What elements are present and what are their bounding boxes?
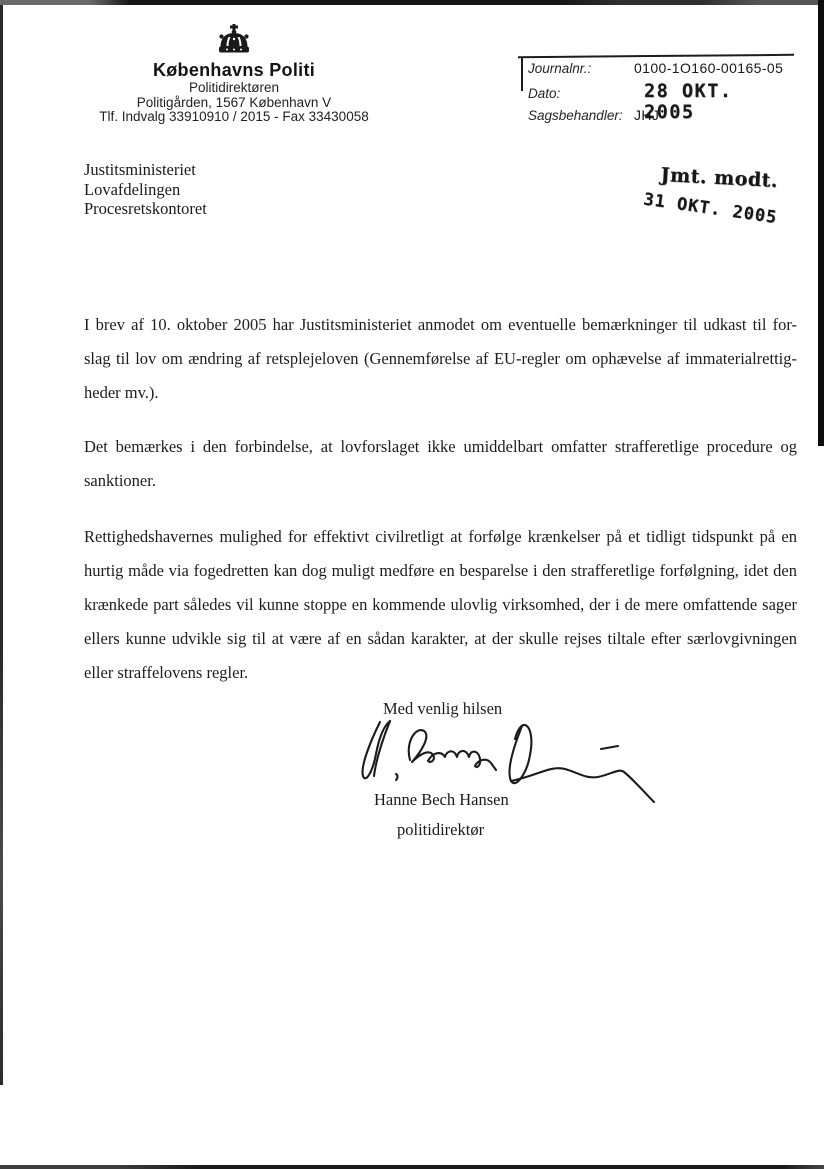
recipient-line: Procesretskontoret [84, 199, 207, 219]
body-line: I brev af 10. oktober 2005 har Justitsmi… [84, 308, 797, 342]
org-address: Politigården, 1567 København V [48, 96, 420, 111]
scanned-letter-page: Københavns Politi Politidirektøren Polit… [0, 0, 824, 1169]
scan-edge-left [0, 5, 3, 1085]
journal-number-row: Journalnr.: 0100-1O160-00165-05 [528, 60, 794, 82]
recipient-line: Justitsministeriet [84, 160, 207, 180]
royal-crown-icon [215, 24, 253, 58]
date-label: Dato: [528, 86, 634, 101]
org-department: Politidirektøren [48, 81, 420, 96]
body-line: hurtig måde via fogedretten kan dog muli… [84, 554, 797, 588]
body-line: heder mv.). [84, 376, 797, 410]
received-stamp-date: 31 OKT. 2005 [642, 189, 793, 230]
caseworker-label: Sagsbehandler: [528, 108, 634, 123]
body-line: Det bemærkes i den forbindelse, at lovfo… [84, 430, 797, 464]
journal-number-label: Journalnr.: [528, 61, 634, 76]
journal-number-value: 0100-1O160-00165-05 [634, 60, 794, 76]
recipient-line: Lovafdelingen [84, 180, 207, 200]
received-stamp-text: Jmt. modt. [644, 163, 795, 193]
paragraph: Det bemærkes i den forbindelse, at lovfo… [84, 430, 797, 498]
scan-edge-bottom [0, 1165, 824, 1169]
org-contact: Tlf. Indvalg 33910910 / 2015 - Fax 33430… [48, 110, 420, 125]
recipient-block: Justitsministeriet Lovafdelingen Procesr… [84, 160, 207, 219]
body-line: eller straffelovens regler. [84, 656, 797, 690]
scan-edge-right [818, 0, 824, 446]
letter-body: I brev af 10. oktober 2005 har Justitsmi… [84, 308, 797, 690]
org-name: Københavns Politi [48, 60, 420, 81]
body-line: sanktioner. [84, 464, 797, 498]
info-box-left-rule [521, 57, 523, 91]
letterhead: Københavns Politi Politidirektøren Polit… [48, 24, 420, 125]
paragraph: Rettighedshavernes mulighed for effektiv… [84, 520, 797, 690]
received-stamp: Jmt. modt. 31 OKT. 2005 [643, 164, 794, 214]
signer-name: Hanne Bech Hansen [374, 790, 509, 810]
info-box-top-rule [518, 54, 794, 58]
body-line: Rettighedshavernes mulighed for effektiv… [84, 520, 797, 554]
date-row: Dato: 28 OKT. 2005 [528, 82, 794, 107]
body-line: krænkede part således vil kunne stoppe e… [84, 588, 797, 622]
signer-title: politidirektør [397, 820, 484, 840]
date-stamp-value: 28 OKT. 2005 [644, 81, 794, 123]
paragraph: I brev af 10. oktober 2005 har Justitsmi… [84, 308, 797, 410]
scan-edge-top [0, 0, 824, 5]
body-line: ellers kunne udvikle sig til at være af … [84, 622, 797, 656]
body-line: slag til lov om ændring af retsplejelove… [84, 342, 797, 376]
